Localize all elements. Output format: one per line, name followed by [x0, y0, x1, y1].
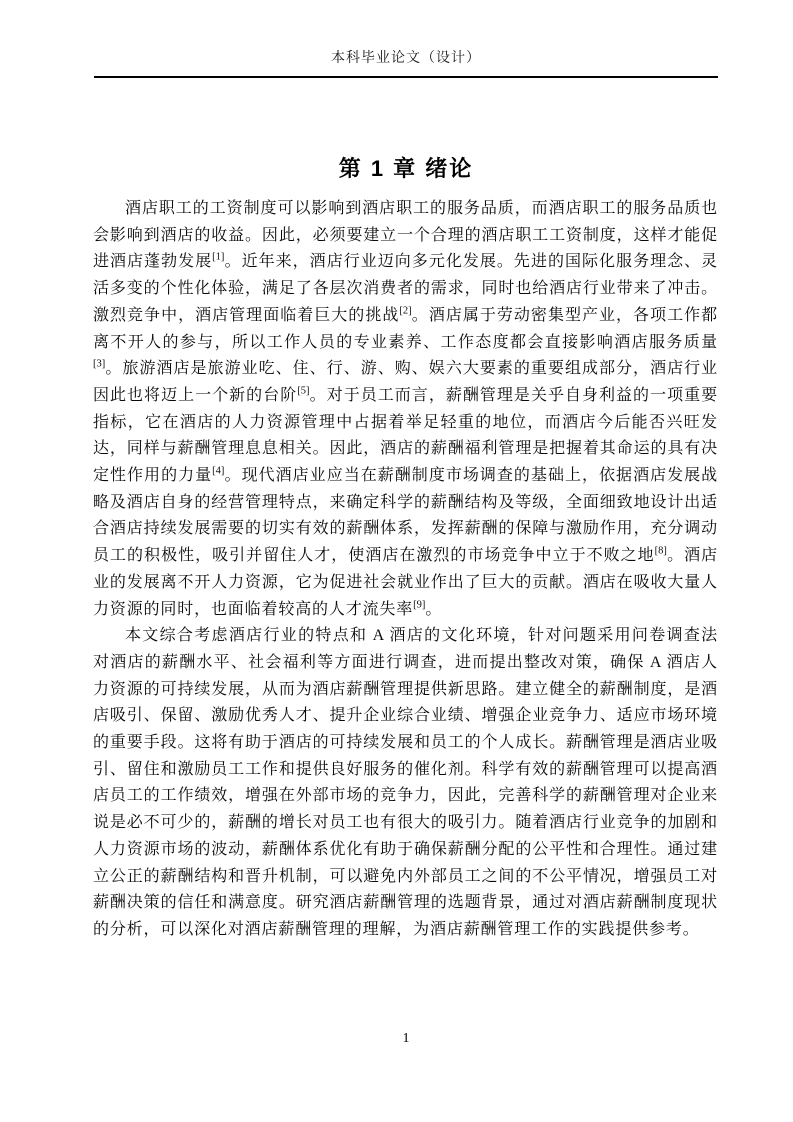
citation-ref: [3] — [93, 359, 105, 370]
citation-ref: [2] — [399, 305, 411, 316]
body-paragraph: 酒店职工的工资制度可以影响到酒店职工的服务品质，而酒店职工的服务品质也会影响到酒… — [93, 196, 718, 623]
citation-ref: [9] — [413, 599, 425, 610]
citation-ref: [5] — [297, 386, 309, 397]
chapter-title: 第 1 章 绪论 — [94, 152, 718, 183]
citation-ref: [1] — [212, 252, 224, 263]
page-number: 1 — [94, 1031, 718, 1047]
citation-ref: [8] — [655, 546, 667, 557]
thesis-page: 本科毕业论文（设计） 第 1 章 绪论 酒店职工的工资制度可以影响到酒店职工的服… — [0, 0, 793, 1122]
body-text: 酒店职工的工资制度可以影响到酒店职工的服务品质，而酒店职工的服务品质也会影响到酒… — [93, 196, 718, 944]
running-header: 本科毕业论文（设计） — [94, 47, 718, 67]
header-divider-line — [94, 76, 718, 78]
body-paragraph: 本文综合考虑酒店行业的特点和 A 酒店的文化环境，针对问题采用问卷调查法对酒店的… — [93, 623, 718, 943]
citation-ref: [4] — [212, 466, 224, 477]
